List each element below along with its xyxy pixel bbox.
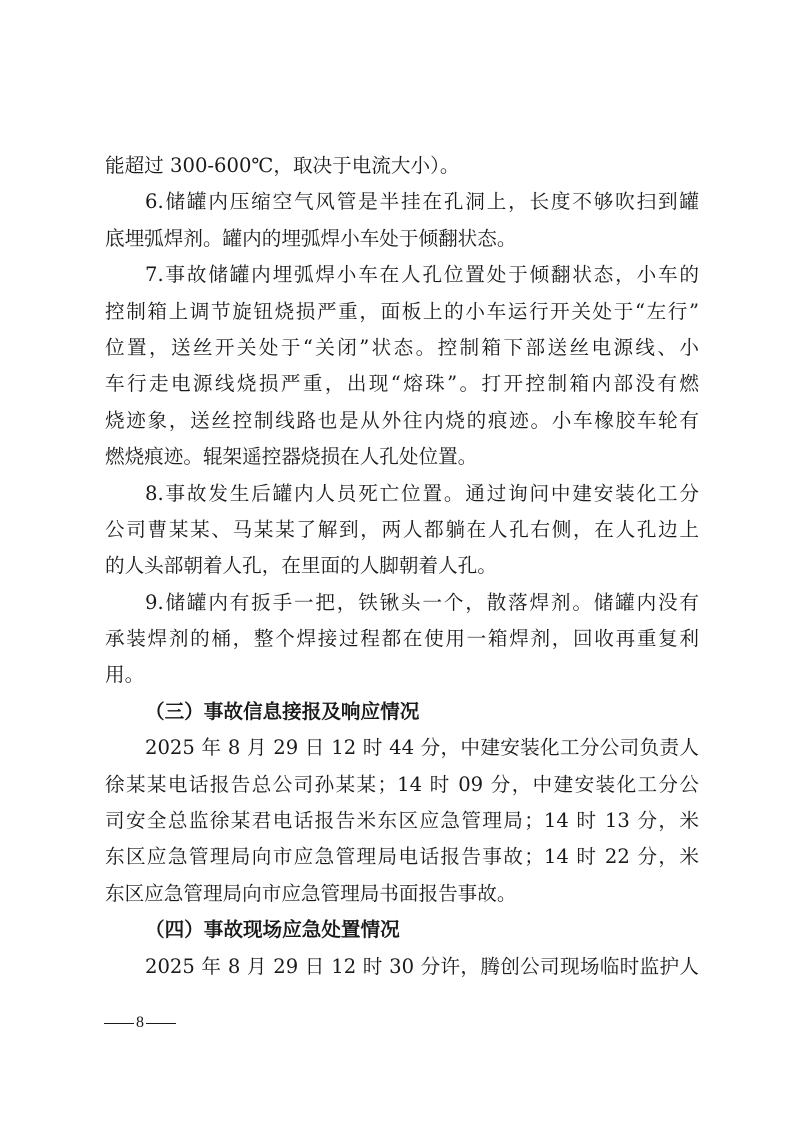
paragraph-line: 车行走电源线烧损严重，出现“熔珠”。打开控制箱内部没有燃 <box>105 366 699 402</box>
page-footer: 8 <box>104 1014 176 1032</box>
footer-dash-left <box>104 1023 134 1024</box>
paragraph-line: 8.事故发生后罐内人员死亡位置。通过询问中建安装化工分 <box>105 476 699 512</box>
paragraph-line: 2025 年 8 月 29 日 12 时 30 分许，腾创公司现场临时监护人 <box>105 949 699 985</box>
paragraph-line: 能超过 300-600℃，取决于电流大小）。 <box>105 148 699 184</box>
document-page: 能超过 300-600℃，取决于电流大小）。 6.储罐内压缩空气风管是半挂在孔洞… <box>105 148 699 985</box>
section-heading: （四）事故现场应急处置情况 <box>105 912 699 948</box>
paragraph-line: 东区应急管理局向市应急管理局电话报告事故；14 时 22 分，米 <box>105 839 699 875</box>
paragraph-line: 6.储罐内压缩空气风管是半挂在孔洞上，长度不够吹扫到罐 <box>105 184 699 220</box>
page-number: 8 <box>134 1014 146 1032</box>
paragraph-line: 7.事故储罐内埋弧焊小车在人孔位置处于倾翻状态，小车的 <box>105 257 699 293</box>
paragraph-line: 9.储罐内有扳手一把，铁锹头一个，散落焊剂。储罐内没有 <box>105 585 699 621</box>
paragraph-line: 东区应急管理局向市应急管理局书面报告事故。 <box>105 876 699 912</box>
paragraph-line: 控制箱上调节旋钮烧损严重，面板上的小车运行开关处于“左行” <box>105 294 699 330</box>
paragraph-line: 燃烧痕迹。辊架遥控器烧损在人孔处位置。 <box>105 439 699 475</box>
paragraph-line: 位置，送丝开关处于“关闭”状态。控制箱下部送丝电源线、小 <box>105 330 699 366</box>
paragraph-line: 底埋弧焊剂。罐内的埋弧焊小车处于倾翻状态。 <box>105 221 699 257</box>
section-heading: （三）事故信息接报及响应情况 <box>105 694 699 730</box>
paragraph-line: 公司曹某某、马某某了解到，两人都躺在人孔右侧，在人孔边上 <box>105 512 699 548</box>
paragraph-line: 徐某某电话报告总公司孙某某；14 时 09 分，中建安装化工分公 <box>105 767 699 803</box>
paragraph-line: 承装焊剂的桶，整个焊接过程都在使用一箱焊剂，回收再重复利 <box>105 621 699 657</box>
paragraph-line: 司安全总监徐某君电话报告米东区应急管理局；14 时 13 分，米 <box>105 803 699 839</box>
paragraph-line: 的人头部朝着人孔，在里面的人脚朝着人孔。 <box>105 548 699 584</box>
paragraph-line: 用。 <box>105 657 699 693</box>
paragraph-line: 烧迹象，送丝控制线路也是从外往内烧的痕迹。小车橡胶车轮有 <box>105 403 699 439</box>
paragraph-line: 2025 年 8 月 29 日 12 时 44 分，中建安装化工分公司负责人 <box>105 730 699 766</box>
footer-dash-right <box>146 1023 176 1024</box>
